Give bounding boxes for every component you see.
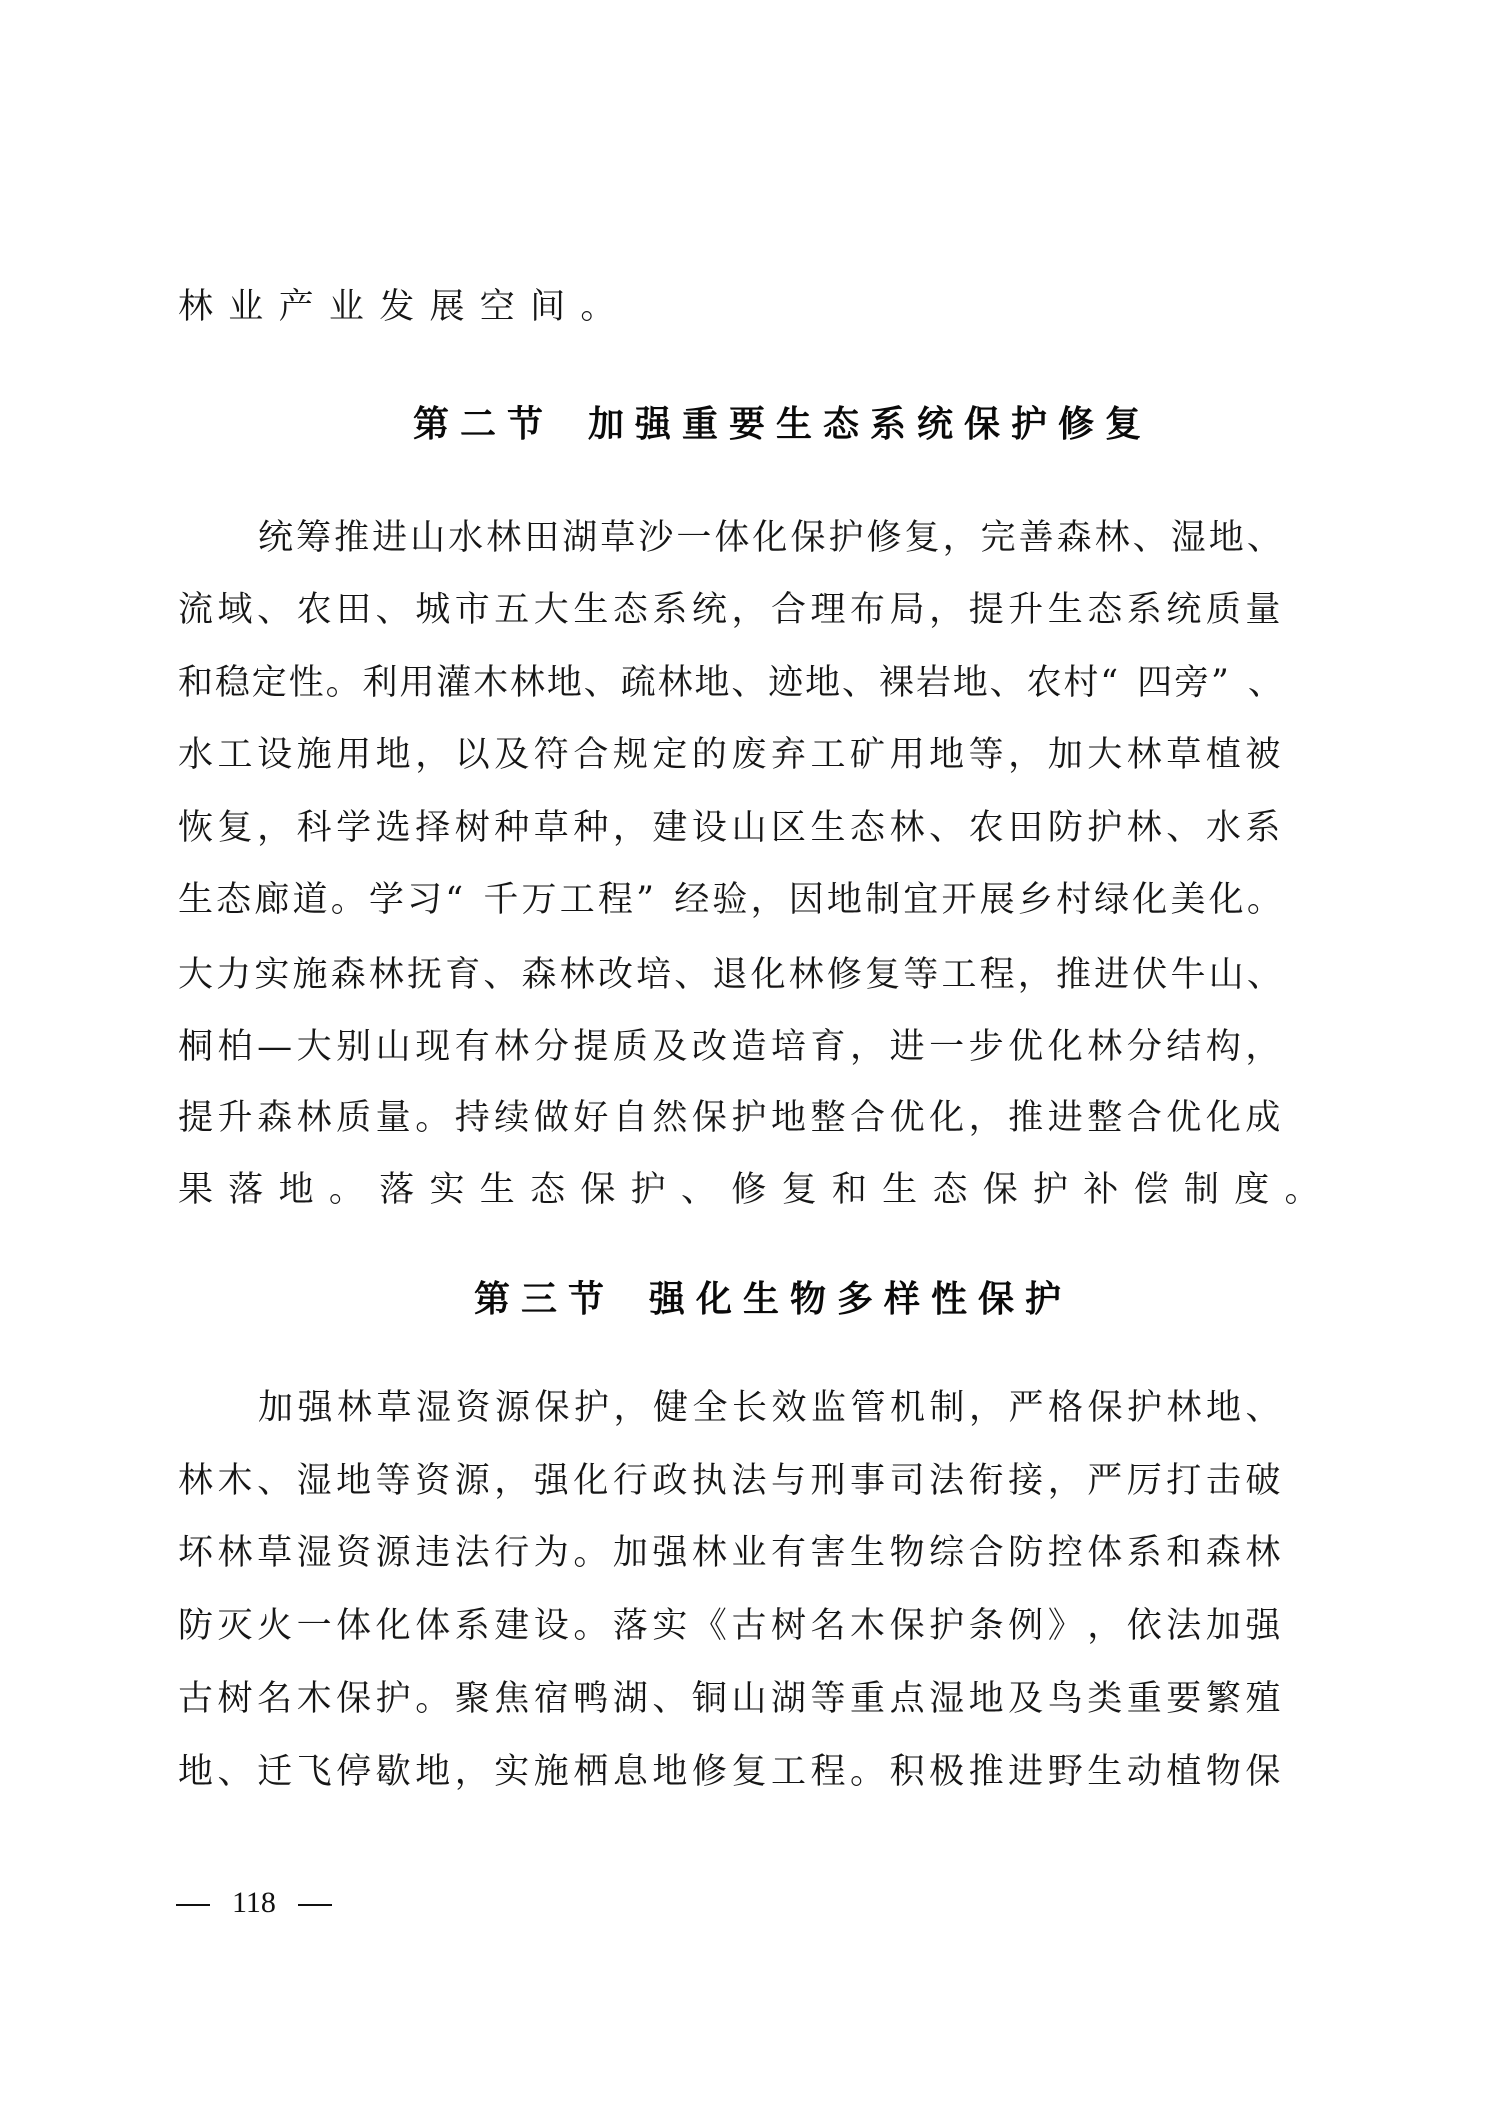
section-heading-2: 第二节加强重要生态系统保护修复 <box>413 401 1152 449</box>
document-page: 林业产业发展空间。 第二节加强重要生态系统保护修复 统筹推进山水林田湖草沙一体化… <box>0 0 1486 2103</box>
paragraph-line: 恢复，科学选择树种草种，建设山区生态林、农田防护林、水系 <box>178 806 1285 850</box>
paragraph-line: 水工设施用地，以及符合规定的废弃工矿用地等，加大林草植被 <box>178 733 1285 777</box>
section-title: 加强重要生态系统保护修复 <box>588 404 1152 445</box>
paragraph-line: 统筹推进山水林田湖草沙一体化保护修复，完善森林、湿地、 <box>258 516 1285 560</box>
paragraph-line: 和稳定性。利用灌木林地、疏林地、迹地、裸岩地、农村“四旁”、 <box>178 661 1285 705</box>
page-number-value: 118 <box>232 1886 276 1919</box>
paragraph-line: 果落地。落实生态保护、修复和生态保护补偿制度。 <box>178 1168 1285 1212</box>
paragraph-line: 坏林草湿资源违法行为。加强林业有害生物综合防控体系和森林 <box>178 1531 1285 1575</box>
paragraph-line: 古树名木保护。聚焦宿鸭湖、铜山湖等重点湿地及鸟类重要繁殖 <box>178 1677 1285 1721</box>
paragraph-line: 地、迁飞停歇地，实施栖息地修复工程。积极推进野生动植物保 <box>178 1750 1285 1794</box>
dash-right <box>298 1904 332 1906</box>
paragraph-line: 大力实施森林抚育、森林改培、退化林修复等工程，推进伏牛山、 <box>178 953 1285 997</box>
paragraph-line: 提升森林质量。持续做好自然保护地整合优化，推进整合优化成 <box>178 1096 1285 1140</box>
section-title: 强化生物多样性保护 <box>649 1279 1072 1320</box>
paragraph-line: 桐柏—大别山现有林分提质及改造培育，进一步优化林分结构， <box>178 1025 1285 1069</box>
paragraph-line: 流域、农田、城市五大生态系统，合理布局，提升生态系统质量 <box>178 588 1285 632</box>
paragraph-line-carryover: 林业产业发展空间。 <box>178 285 1285 329</box>
page-number: 118 <box>176 1886 332 1920</box>
section-number: 第二节 <box>413 404 554 445</box>
paragraph-line: 林木、湿地等资源，强化行政执法与刑事司法衔接，严厉打击破 <box>178 1459 1285 1503</box>
section-heading-3: 第三节强化生物多样性保护 <box>474 1276 1072 1324</box>
paragraph-line: 生态廊道。学习“千万工程”经验，因地制宜开展乡村绿化美化。 <box>178 878 1285 922</box>
paragraph-line: 加强林草湿资源保护，健全长效监管机制，严格保护林地、 <box>258 1386 1285 1430</box>
dash-left <box>176 1904 210 1906</box>
section-number: 第三节 <box>474 1279 615 1320</box>
paragraph-line: 防灭火一体化体系建设。落实《古树名木保护条例》，依法加强 <box>178 1604 1285 1648</box>
